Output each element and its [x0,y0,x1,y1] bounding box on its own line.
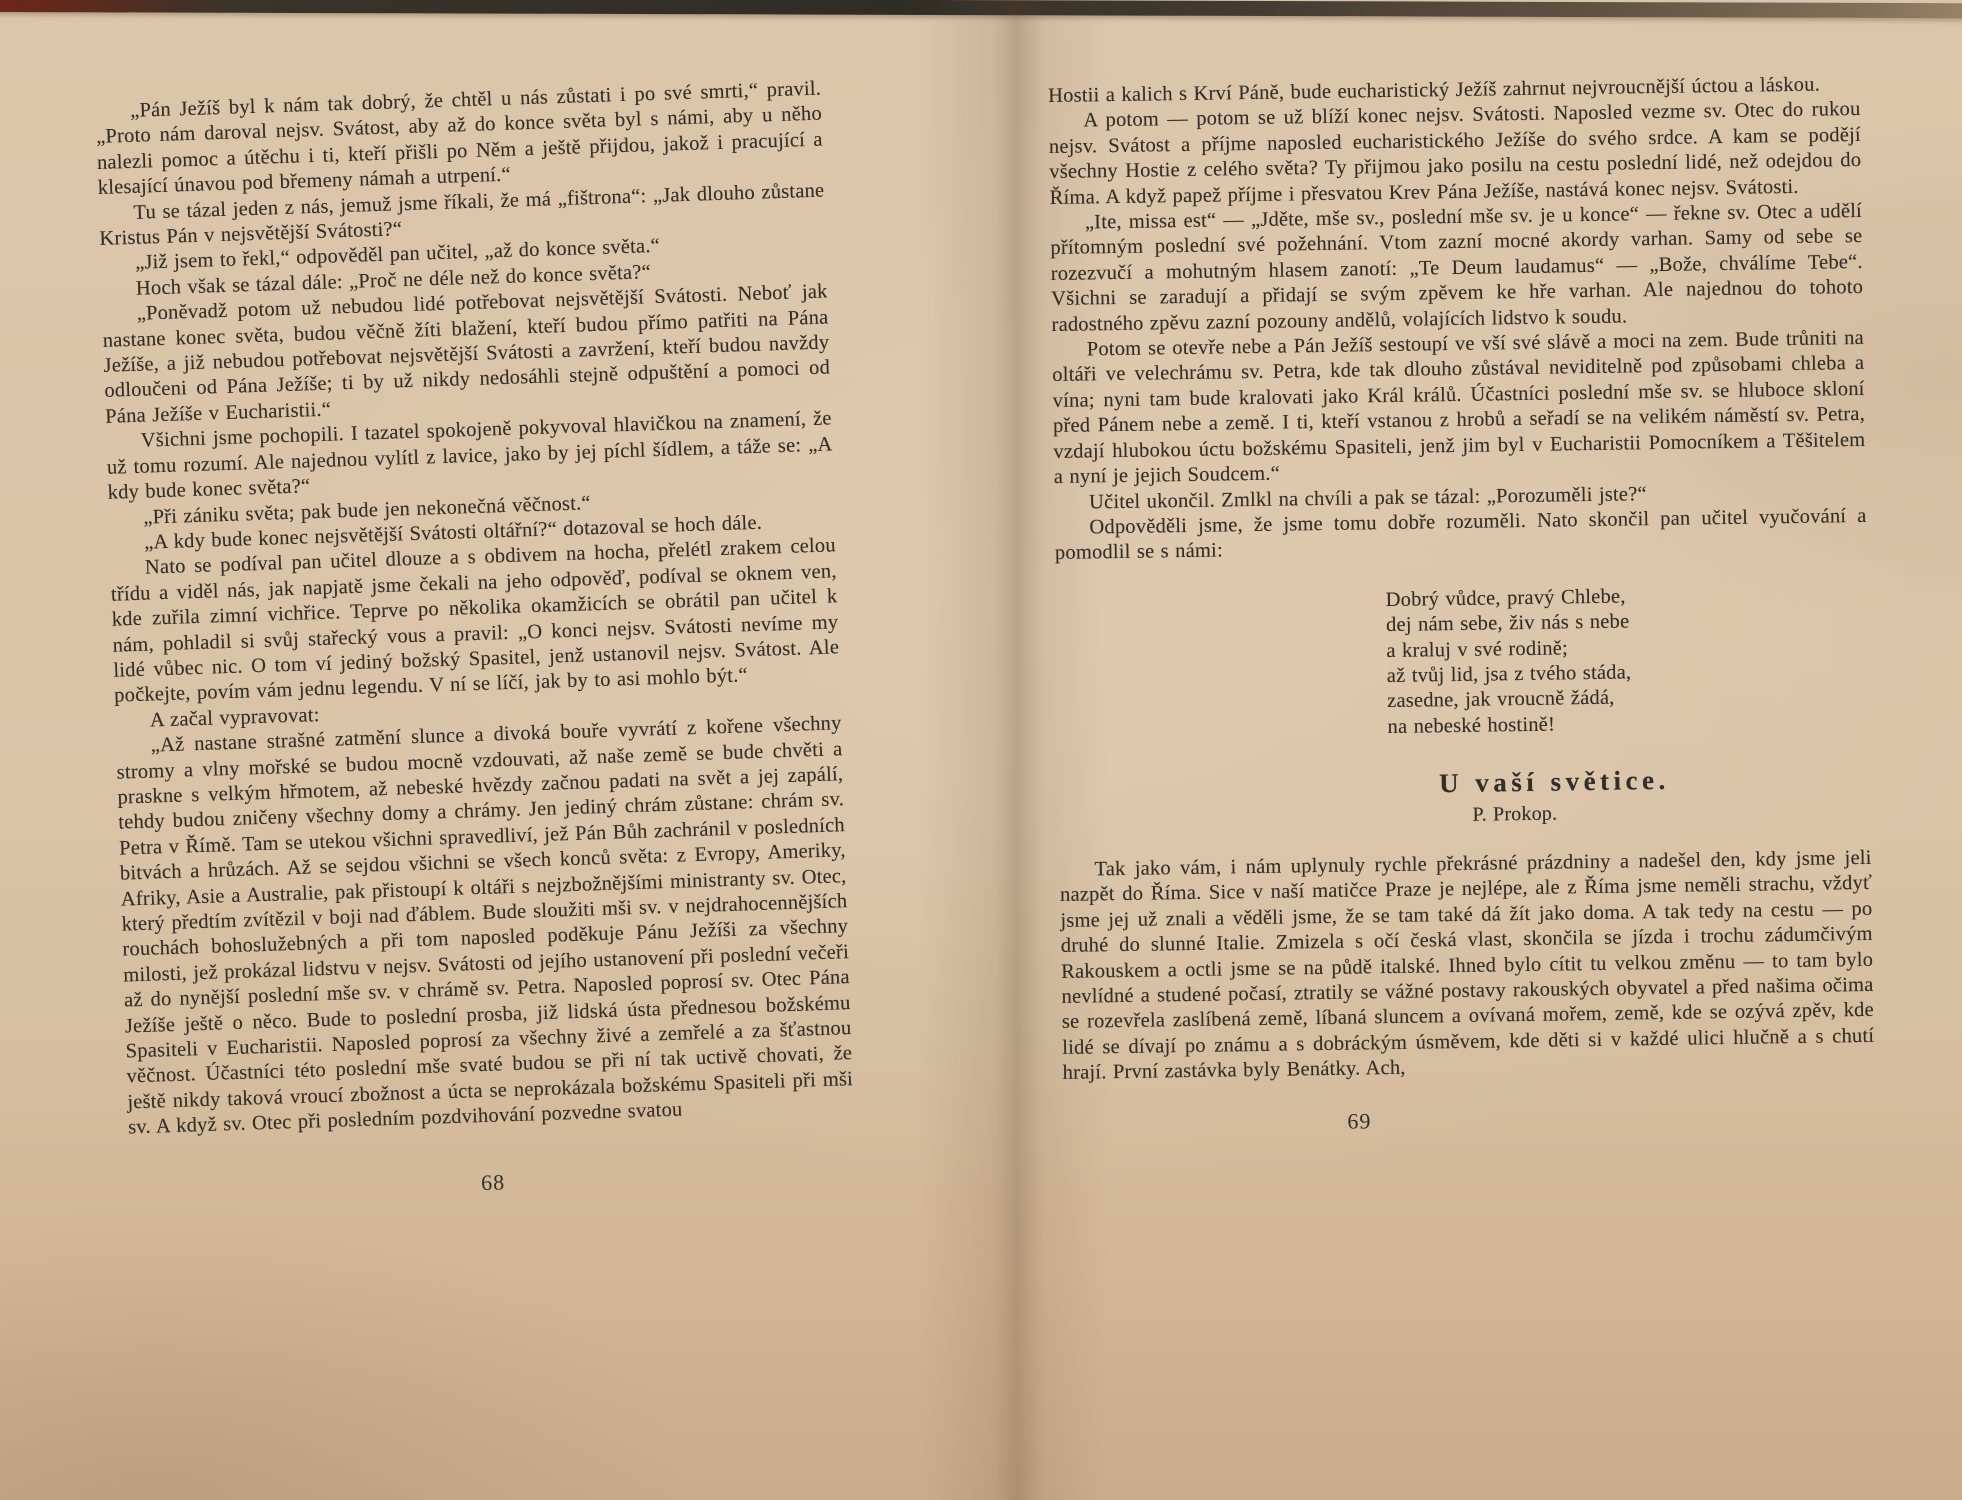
left-page-number: 68 [130,1158,856,1207]
paragraph: Nato se podíval pan učitel dlouze a s ob… [110,534,841,710]
section-author: P. Prokop. [1109,796,1921,833]
right-page-number: 69 [953,1102,1765,1140]
section-heading: U vaší světice. [1148,764,1960,801]
paragraph: Potom se otevře nebe a Pán Ježíš sestoup… [1052,326,1866,490]
paragraph: „Ite, missa est“ — „Jděte, mše sv., posl… [1050,199,1864,338]
paragraph: Odpověděli jsme, že jsme tomu dobře rozu… [1054,504,1867,567]
paragraph: A potom — potom se už blíží konec nejsv.… [1048,97,1861,211]
paragraph: „Poněvadž potom už nebudou lidé potřebov… [102,280,832,430]
right-page-text: Hostii a kalich s Krví Páně, bude euchar… [1048,72,1875,1087]
left-page-text: „Pán Ježíš byl k nám tak dobrý, že chtěl… [95,77,854,1142]
paragraph: „Až nastane strašné zatmění slunce a div… [116,711,855,1141]
right-page: Hostii a kalich s Krví Páně, bude euchar… [1048,72,1876,1139]
book-spread-photo: „Pán Ježíš byl k nám tak dobrý, že chtěl… [0,0,1962,1500]
prayer-poem: Dobrý vůdce, pravý Chlebe, dej nám sebe,… [1386,581,1870,741]
left-page: „Pán Ježíš byl k nám tak dobrý, že chtěl… [95,77,856,1208]
paragraph: Tak jako vám, i nám uplynuly rychle přek… [1059,846,1874,1087]
